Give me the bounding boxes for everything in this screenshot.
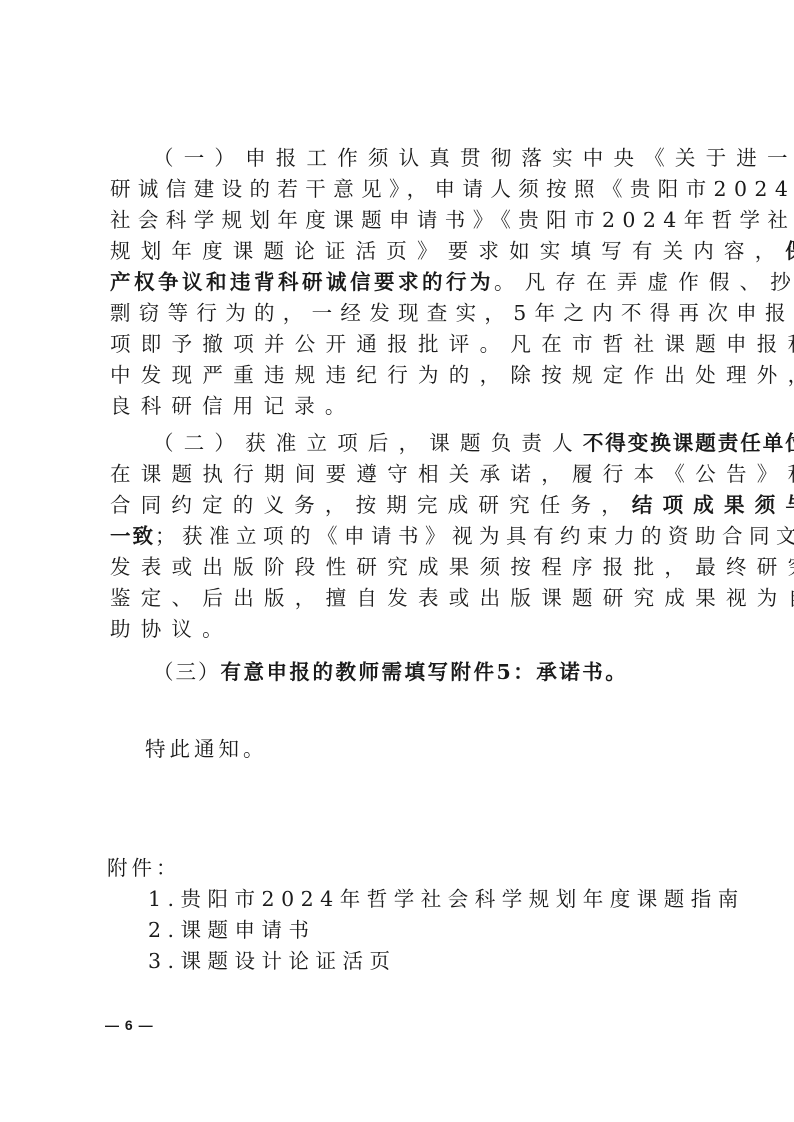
section1-line-1: （一）申报工作须认真贯彻落实中央《关于进一步加强科 [153, 143, 733, 174]
bold-text-span: 不得变换课题责任单位， [583, 431, 794, 455]
section1-line-5: 产权争议和违背科研诚信要求的行为。凡存在弄虚作假、抄袭 [110, 267, 690, 298]
attachment-item-3: 3.课题设计论证活页 [148, 946, 397, 977]
text-span: （一）申报工作须认真贯彻落实中央《关于进一步加强科 [153, 146, 794, 170]
section3-line: （三）有意申报的教师需填写附件5：承诺书。 [153, 657, 733, 688]
section2-line-2: 在课题执行期间要遵守相关承诺，履行本《公告》和课题管理 [110, 459, 690, 490]
text-span: 研诚信建设的若干意见》，申请人须按照《贵阳市2024年哲学 [110, 177, 794, 201]
section1-line-4: 规划年度课题论证活页》要求如实填写有关内容，保证无知识 [110, 236, 690, 267]
text-span: （二）获准立项后，课题负责人 [153, 431, 583, 455]
text-span: 在课题执行期间要遵守相关承诺，履行本《公告》和课题管理 [110, 462, 794, 486]
text-span: 社会科学规划年度课题申请书》《贵阳市2024年哲学社会科学 [110, 208, 794, 232]
bold-text-span: 产权争议和违背科研诚信要求的行为 [110, 270, 494, 294]
section1-line-2: 研诚信建设的若干意见》，申请人须按照《贵阳市2024年哲学 [110, 174, 690, 205]
page-number: — 6 — [105, 1017, 154, 1033]
section1-line-8: 中发现严重违规违纪行为的，除按规定作出处理外，均列入不 [110, 360, 690, 391]
text-span: 鉴定、后出版，擅自发表或出版课题研究成果视为自行终止资 [110, 586, 794, 610]
text-span: 合同约定的义务，按期完成研究任务， [110, 493, 632, 517]
text-span: 项即予撤项并公开通报批评。凡在市哲社课题申报和评审过程 [110, 332, 794, 356]
text-span: ；获准立项的《申请书》视为具有约束力的资助合同文本。 [155, 524, 794, 548]
bold-text-span: 有意申报的教师需填写附件5：承诺书。 [221, 660, 629, 684]
section2-line-3: 合同约定的义务，按期完成研究任务，结项成果须与预期成果 [110, 490, 690, 521]
bold-text-span: 结项成果须与预期成果 [632, 493, 794, 517]
bold-text-span: 一致 [110, 524, 155, 548]
text-span: 助协议。 [110, 617, 233, 641]
section1-line-6: 剽窃等行为的，一经发现查实，5年之内不得再次申报；如获立 [110, 298, 690, 329]
section2-line-7: 助协议。 [110, 614, 690, 645]
text-span: 。凡存在弄虚作假、抄袭 [494, 270, 794, 294]
document-page: （一）申报工作须认真贯彻落实中央《关于进一步加强科 研诚信建设的若干意见》，申请… [0, 0, 794, 1122]
text-span: 规划年度课题论证活页》要求如实填写有关内容， [110, 239, 785, 263]
section2-line-1: （二）获准立项后，课题负责人不得变换课题责任单位， [153, 428, 733, 459]
text-span: 良科研信用记录。 [110, 394, 356, 418]
attachments-label: 附件： [107, 853, 181, 884]
closing-text: 特此通知。 [145, 734, 268, 765]
bold-text-span: 保证无知识 [785, 239, 794, 263]
section2-line-4: 一致；获准立项的《申请书》视为具有约束力的资助合同文本。 [110, 521, 690, 552]
attachment-item-2: 2.课题申请书 [148, 915, 316, 946]
attachment-item-1: 1.贵阳市2024年哲学社会科学规划年度课题指南 [148, 884, 745, 915]
text-span: 剽窃等行为的，一经发现查实，5年之内不得再次申报；如获立 [110, 301, 794, 325]
text-span: 发表或出版阶段性研究成果须按程序报批，最终研究成果须先 [110, 555, 794, 579]
section2-line-6: 鉴定、后出版，擅自发表或出版课题研究成果视为自行终止资 [110, 583, 690, 614]
section1-line-9: 良科研信用记录。 [110, 391, 690, 422]
text-span: 中发现严重违规违纪行为的，除按规定作出处理外，均列入不 [110, 363, 794, 387]
section1-line-3: 社会科学规划年度课题申请书》《贵阳市2024年哲学社会科学 [110, 205, 690, 236]
text-span: （三） [153, 660, 221, 684]
section1-line-7: 项即予撤项并公开通报批评。凡在市哲社课题申报和评审过程 [110, 329, 690, 360]
section2-line-5: 发表或出版阶段性研究成果须按程序报批，最终研究成果须先 [110, 552, 690, 583]
